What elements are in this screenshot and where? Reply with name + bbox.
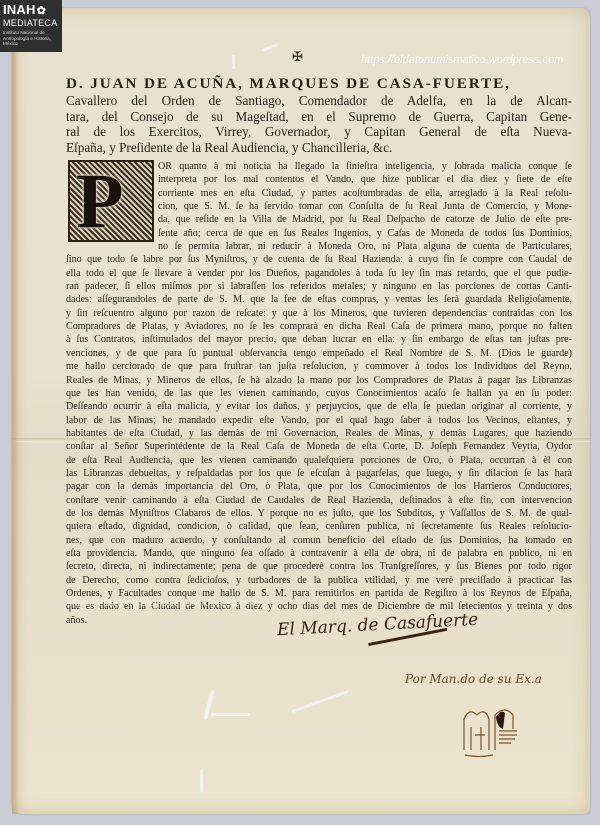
logo-product: MEDIATECA — [3, 18, 59, 29]
body-line: da, que reſide en la Villa de Madrid, po… — [158, 213, 572, 226]
inah-mediateca-logo: INAH✿ MEDIATECA Instituto Nacional de An… — [0, 0, 62, 52]
body-line: dades: aſſegurandoles de parte de S. M. … — [66, 293, 572, 306]
body-line: corriente mes en eſta Ciudad, y partes a… — [158, 187, 572, 200]
body-line: y ſin reſcuentro alguno por razon de reſ… — [66, 307, 572, 320]
body-line: pagar con la demàs importancia del Oro, … — [66, 480, 572, 493]
body-line: de Derecho, como contra ſedicioſos, y tu… — [66, 574, 572, 587]
document-title: D. JUAN DE ACUÑA, MARQUES DE CASA-FUERTE… — [66, 75, 511, 93]
subtitle-line: ral de los Exercitos, Virrey, Governador… — [66, 124, 572, 140]
body-line: ſecreto, directa, ni indirectamente; pen… — [66, 560, 572, 573]
subtitle-line: Cavallero del Orden de Santiago, Comenda… — [66, 93, 572, 109]
subtitle-line: Eſpaña, y Preſidente de la Real Audienci… — [66, 140, 572, 156]
body-line: las Libranzas debueltas, y reſpaldadas p… — [66, 467, 572, 480]
body-line: OR quanto à mi noticia ha llegado la ſin… — [158, 160, 572, 173]
body-line: eſta providencia. Mando, que ninguno ſea… — [66, 547, 572, 560]
paper-damage — [200, 770, 203, 792]
body-line: quiera eſtado, dignidad, condicion, ò ca… — [66, 520, 572, 533]
body-line: ella todo el que ſe llevare à vender por… — [66, 267, 572, 280]
logo-brand: INAH — [3, 2, 36, 17]
body-line: de eſta Real Audiencia, que les vienen c… — [66, 454, 572, 467]
body-line: Deſſeando ocurrir à eſta malicia, y evit… — [66, 400, 572, 413]
body-line: labor de las Minas; he mandado expedir e… — [66, 414, 572, 427]
body-line: Compradores de Platas, y Aviadores, no ſ… — [66, 320, 572, 333]
signature-secretary: Por Man.do de su Ex.a — [405, 672, 542, 686]
body-line: interpreta por los mal contentos el Vand… — [158, 173, 572, 186]
logo-institution: Instituto Nacional de Antropología e His… — [3, 30, 59, 47]
body-line: cion, que S. M. ſe ha ſervido tomar con … — [158, 200, 572, 213]
subtitle-line: tara, del Consejo de su Mageſtad, en el … — [66, 109, 572, 125]
body-line: me hallo cerciorado de que para fruſtrar… — [66, 360, 572, 373]
body-line: no ſe permita labrar, ni reducir à Moned… — [158, 240, 572, 253]
body-line: à ſus Contratos, inſtimulados del mayor … — [66, 333, 572, 346]
institution-line: México — [3, 41, 59, 47]
paper-damage — [210, 713, 250, 716]
watermark-url: https://eldatonumismatico.wordpress.com/ — [66, 597, 262, 609]
body-line: ran padecer, ſi ellos miſmos por sì labr… — [66, 280, 572, 293]
paper-damage — [232, 55, 235, 69]
watermark-url: https://eldatonumismatico.wordpress.com — [361, 54, 563, 66]
document-subtitle: Cavallero del Orden de Santiago, Comenda… — [66, 93, 572, 155]
body-line: que les han venido, de las que les viene… — [66, 387, 572, 400]
body-line: Reales de Minas, y Mineros de ellos, ſe … — [66, 374, 572, 387]
body-line: conſtar al Señor Superintédente de la Re… — [66, 440, 572, 453]
document-body: OR quanto à mi noticia ha llegado la ſin… — [66, 160, 572, 627]
emblem-icon: ✿ — [37, 5, 46, 17]
body-line: habitantes de eſta Ciudad, y las demàs d… — [66, 427, 572, 440]
body-line: venciones, y de que para ſu puntual obſe… — [66, 347, 572, 360]
cross-ornament-icon: ✠ — [292, 49, 303, 65]
rubric-flourish-icon — [459, 705, 529, 760]
body-line: conſtare venir caminando à eſta Ciudad d… — [66, 494, 572, 507]
body-line: ſente año; cerca de que en ſus Reales In… — [158, 227, 572, 240]
body-line: de los demàs Myniſtros Clabaros de ellos… — [66, 507, 572, 520]
body-line: ſino que todo ſe labre por ſus Myniſtros… — [66, 253, 572, 266]
body-line: nes, que con maduro acuerdo, y conſultan… — [66, 534, 572, 547]
